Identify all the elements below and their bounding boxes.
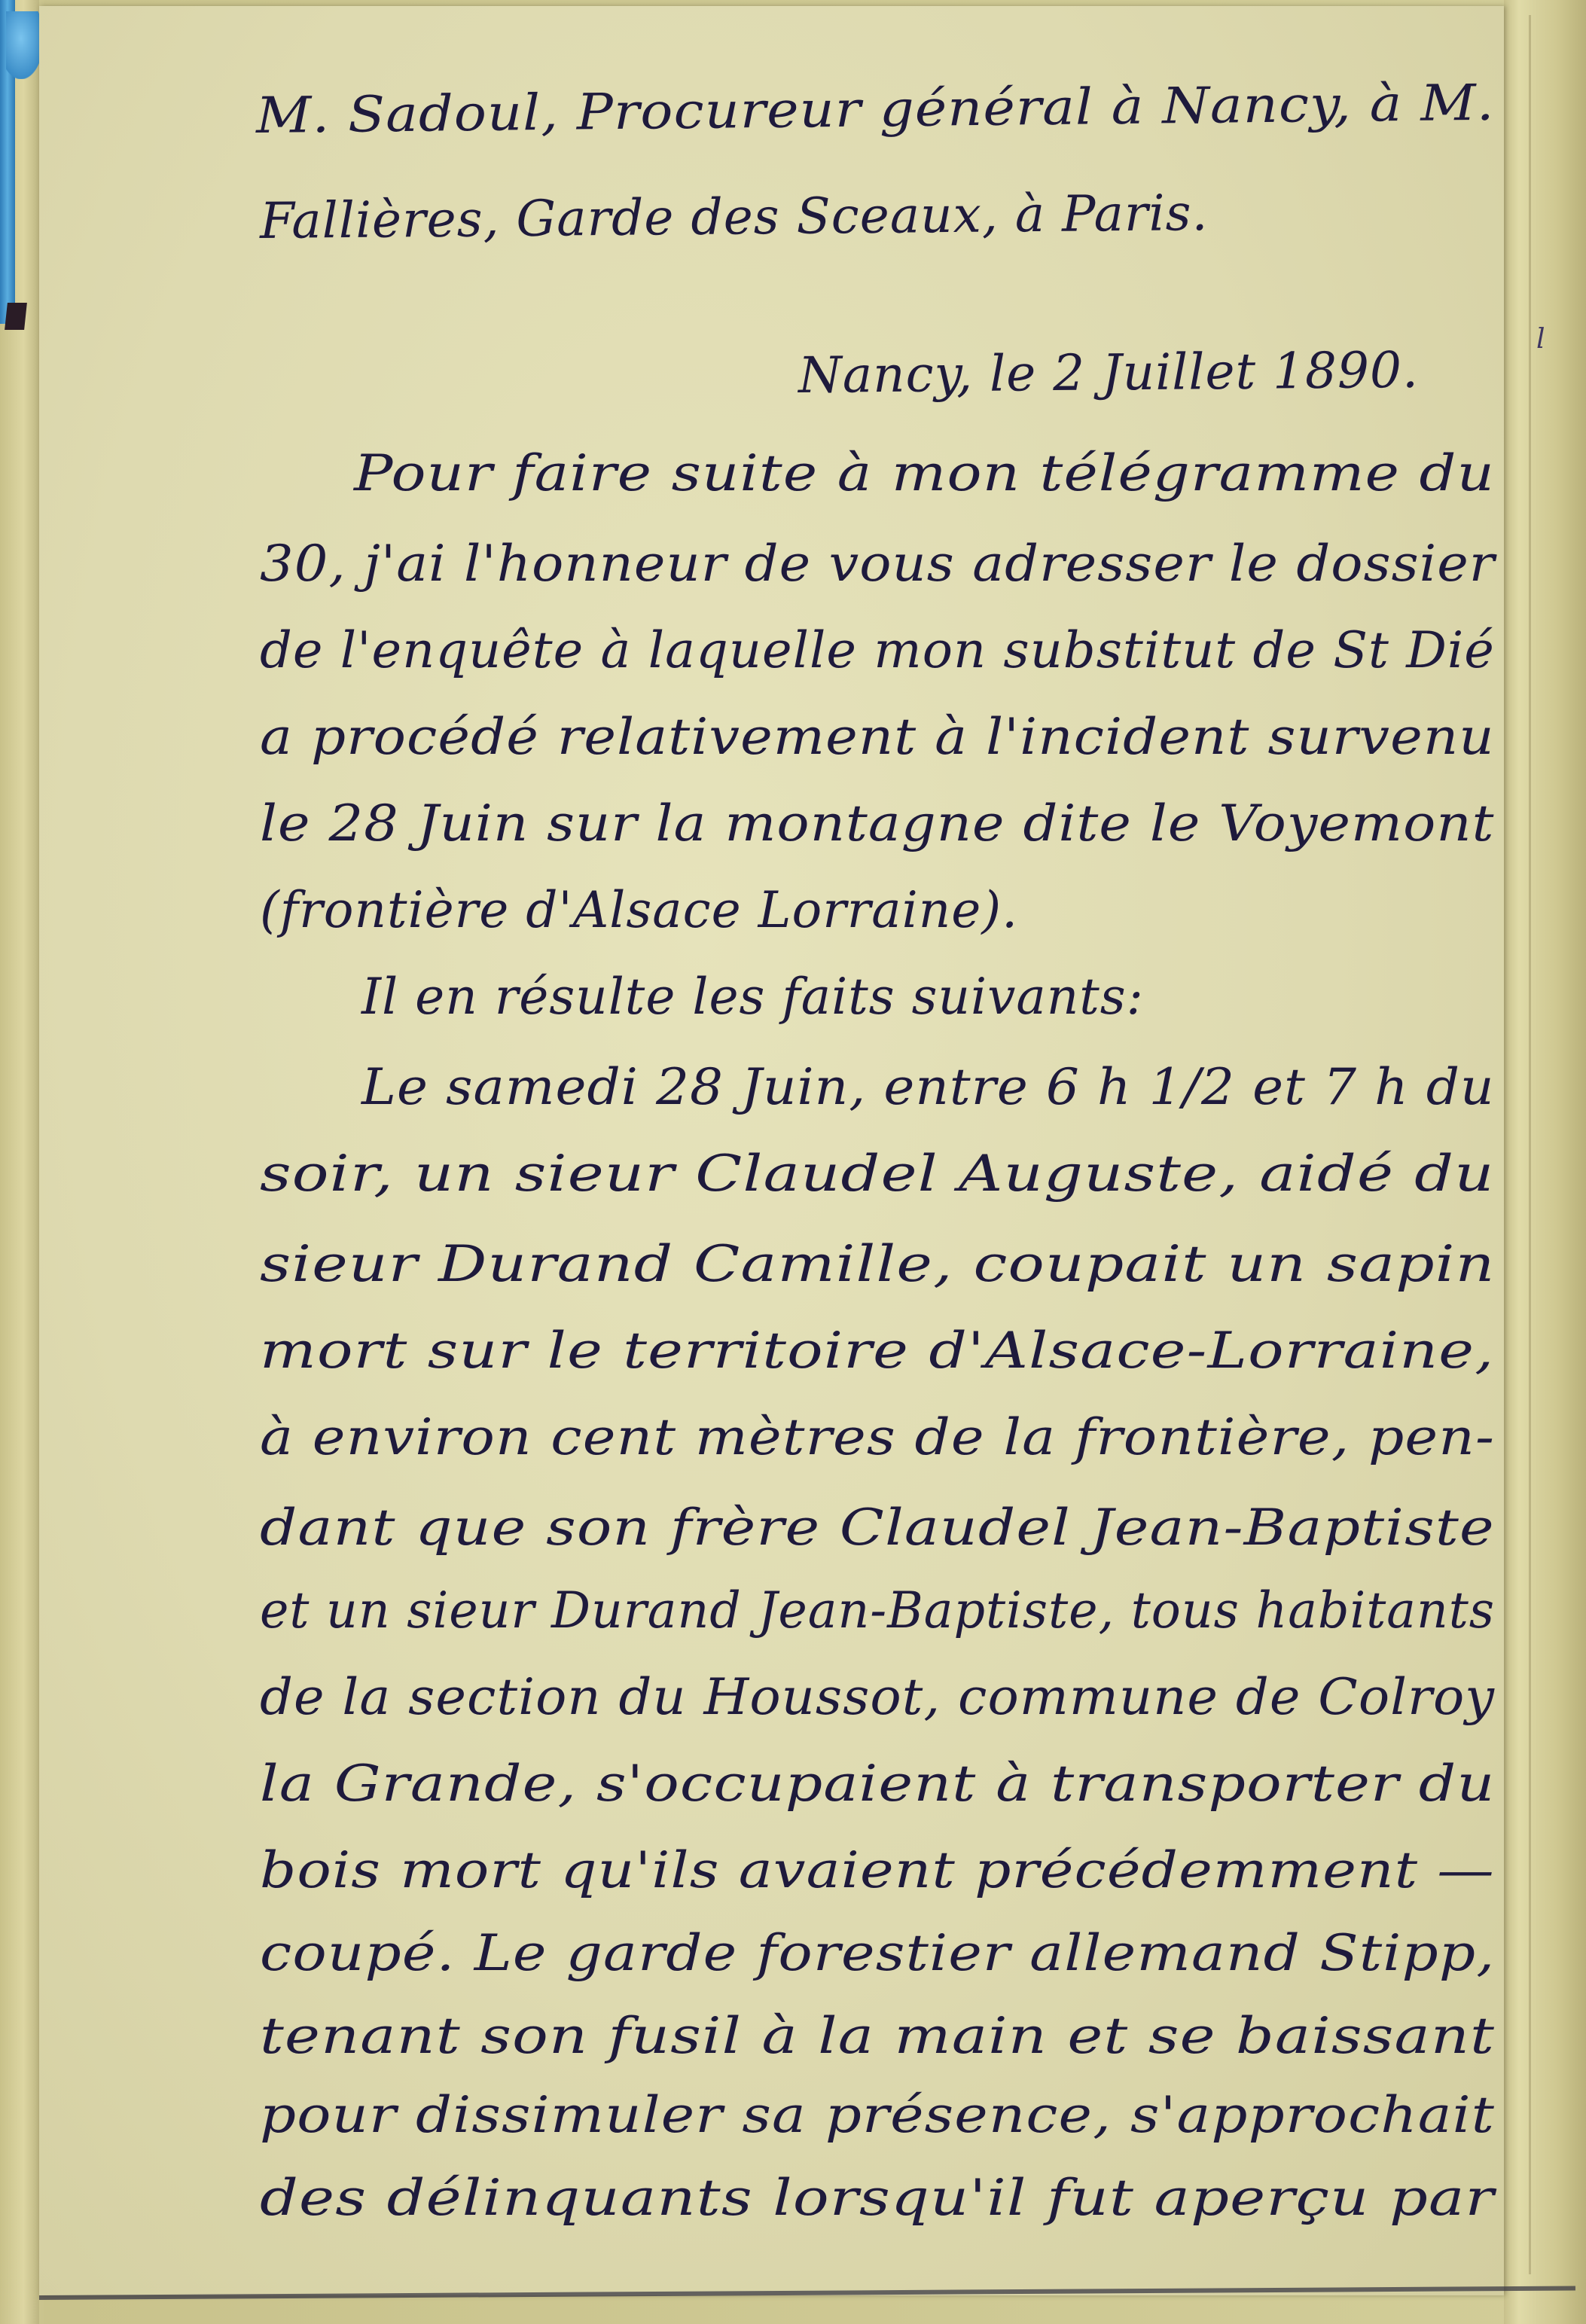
ribbon-knot [6, 11, 44, 79]
ribbon-end [5, 303, 27, 330]
body-line: de l'enquête à laquelle mon substitut de… [260, 621, 1495, 679]
body-line: tenant son fusil à la main et se baissan… [260, 2007, 1495, 2065]
body-line: Le samedi 28 Juin, entre 6 h 1/2 et 7 h … [361, 1058, 1495, 1116]
body-line: sieur Durand Camille, coupait un sapin [260, 1235, 1495, 1293]
date-line: Nancy, le 2 Juillet 1890. [798, 341, 1420, 404]
binding-edge [0, 0, 39, 2324]
body-line: bois mort qu'ils avaient précédemment — [260, 1841, 1495, 1899]
margin-mark: l [1536, 324, 1545, 355]
body-line: mort sur le territoire d'Alsace-Lorraine… [260, 1322, 1494, 1380]
body-line: dant que son frère Claudel Jean-Baptiste [260, 1499, 1495, 1557]
body-line: 30, j'ai l'honneur de vous adresser le d… [260, 535, 1495, 593]
body-line: la Grande, s'occupaient à transporter du [260, 1755, 1495, 1813]
body-line: et un sieur Durand Jean-Baptiste, tous h… [260, 1581, 1495, 1639]
body-line: pour dissimuler sa présence, s'approchai… [260, 2086, 1495, 2144]
body-line: de la section du Houssot, commune de Col… [260, 1668, 1495, 1726]
body-line: (frontière d'Alsace Lorraine). [260, 881, 1018, 939]
body-line: a procédé relativement à l'incident surv… [260, 708, 1495, 766]
body-line: Il en résulte les faits suivants: [361, 968, 1144, 1026]
body-line: à environ cent mètres de la frontière, p… [260, 1408, 1495, 1466]
body-line: le 28 Juin sur la montagne dite le Voyem… [260, 794, 1495, 852]
body-line: soir, un sieur Claudel Auguste, aidé du [260, 1145, 1495, 1203]
header-line-2: Fallières, Garde des Sceaux, à Paris. [260, 184, 1209, 250]
body-line: Pour faire suite à mon télégramme du [354, 444, 1495, 502]
page-fold [1529, 15, 1531, 2274]
body-line: des délinquants lorsqu'il fut aperçu par [260, 2169, 1495, 2227]
body-line: coupé. Le garde forestier allemand Stipp… [260, 1924, 1495, 1982]
